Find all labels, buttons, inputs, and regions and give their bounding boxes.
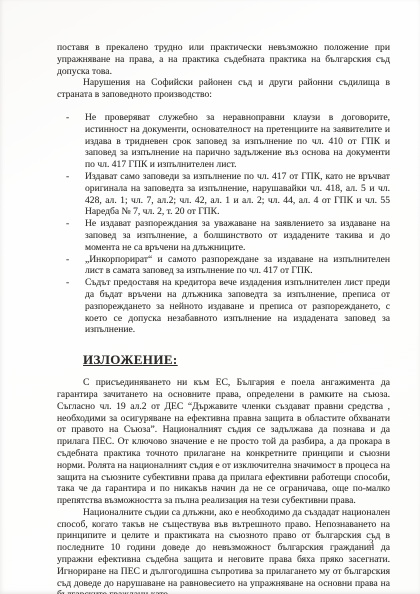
page-number: 3 (369, 539, 374, 549)
section-heading: ИЗЛОЖЕНИЕ: (83, 353, 390, 367)
paragraph-violations-intro: Нарушения на Софийски районен съд и друг… (57, 77, 390, 101)
bullet-dash: - (57, 218, 85, 253)
list-item-text: Не издават разпореждания за уважаване на… (85, 218, 390, 253)
document-page: поставя в прекалено трудно или практичес… (0, 0, 420, 594)
bullet-dash: - (57, 277, 85, 336)
list-item: - Издават само заповеди за изпълнение по… (57, 171, 390, 218)
violations-list: - Не проверяват служебно за неравноправн… (57, 112, 390, 336)
list-item: - Не проверяват служебно за неравноправн… (57, 112, 390, 171)
bullet-dash: - (57, 171, 85, 218)
list-item-text: Издават само заповеди за изпълнение по ч… (85, 171, 390, 218)
list-item: - „Инкорпорират“ и самото разпореждане з… (57, 254, 390, 278)
list-item-text: „Инкорпорират“ и самото разпореждане за … (85, 254, 390, 278)
document-content: поставя в прекалено трудно или практичес… (57, 42, 390, 594)
list-item: - Съдът предоставя на кредитора вече изд… (57, 277, 390, 336)
list-item-text: Съдът предоставя на кредитора вече издад… (85, 277, 390, 336)
list-item-text: Не проверяват служебно за неравноправни … (85, 112, 390, 171)
paragraph-continuation: поставя в прекалено трудно или практичес… (57, 42, 390, 77)
bullet-dash: - (57, 254, 85, 278)
body-paragraph: С присъединяването ни към ЕС, България е… (57, 377, 390, 507)
body-paragraph: Националните съдии са длъжни, ако е необ… (57, 507, 390, 594)
bullet-dash: - (57, 112, 85, 171)
list-item: - Не издават разпореждания за уважаване … (57, 218, 390, 253)
